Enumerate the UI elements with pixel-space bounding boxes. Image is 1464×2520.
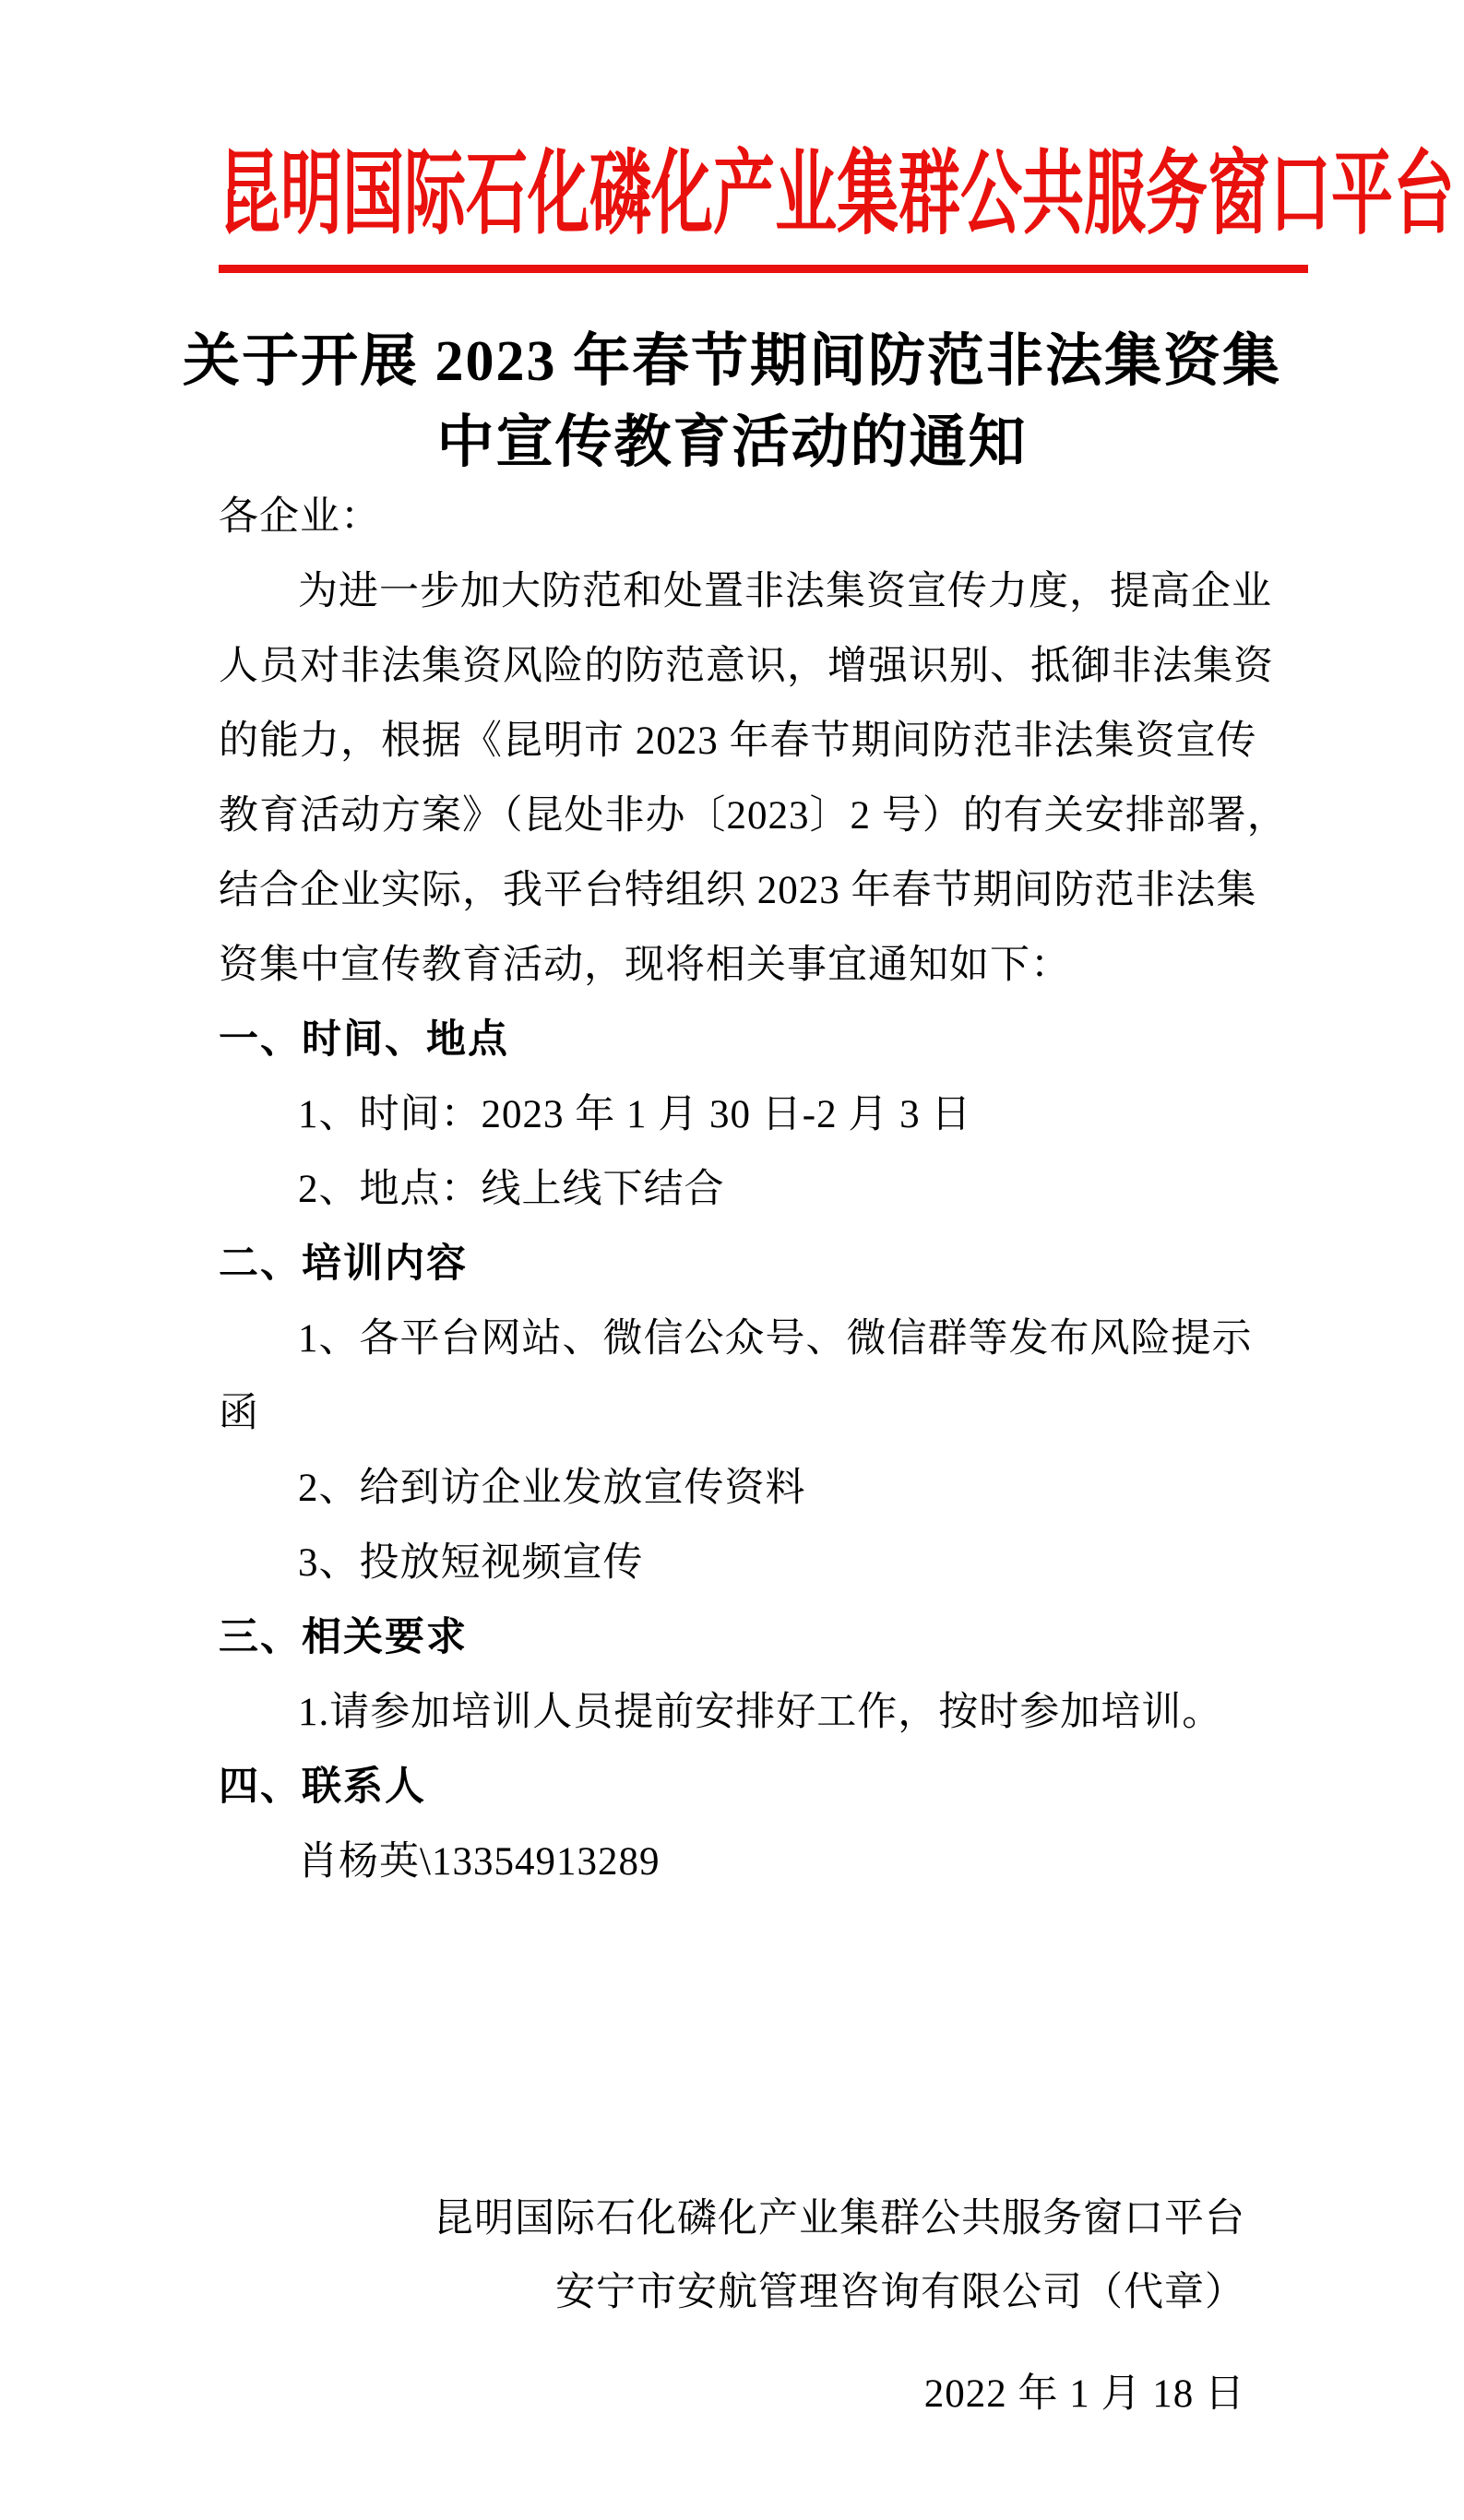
banner-divider-line — [219, 265, 1308, 273]
section-2-item-2: 2、给到访企业发放宣传资料 — [219, 1451, 1261, 1526]
salutation: 各企业： — [219, 480, 1261, 554]
section-2-heading: 二、培训内容 — [219, 1227, 1261, 1302]
para-line: 资集中宣传教育活动，现将相关事宜通知如下： — [219, 928, 1261, 1003]
section-1-item-1: 1、时间：2023 年 1 月 30 日-2 月 3 日 — [219, 1077, 1261, 1152]
document-title-line1: 关于开展 2023 年春节期间防范非法集资集 — [0, 321, 1464, 402]
document-page: 昆明国际石化磷化产业集群公共服务窗口平台 关于开展 2023 年春节期间防范非法… — [0, 0, 1464, 2520]
signature-org-line2: 安宁市安航管理咨询有限公司（代章） — [434, 2256, 1245, 2330]
document-body: 各企业： 为进一步加大防范和处置非法集资宣传力度，提高企业 人员对非法集资风险的… — [219, 480, 1261, 1899]
section-1-heading: 一、时间、地点 — [219, 1003, 1261, 1077]
platform-banner: 昆明国际石化磷化产业集群公共服务窗口平台 — [219, 146, 1289, 249]
platform-banner-title: 昆明国际石化磷化产业集群公共服务窗口平台 — [219, 146, 1289, 244]
section-2-item-1-wrap: 函 — [219, 1376, 1261, 1451]
contact-line: 肖杨英\13354913289 — [219, 1825, 1261, 1899]
document-title: 关于开展 2023 年春节期间防范非法集资集 中宣传教育活动的通知 — [0, 321, 1464, 483]
para-line: 为进一步加大防范和处置非法集资宣传力度，提高企业 — [219, 554, 1261, 629]
section-1-item-2: 2、地点：线上线下结合 — [219, 1152, 1261, 1227]
section-3-heading: 三、相关要求 — [219, 1600, 1261, 1675]
section-3-item-1: 1.请参加培训人员提前安排好工作，按时参加培训。 — [219, 1675, 1261, 1750]
document-title-line2: 中宣传教育活动的通知 — [0, 402, 1464, 483]
para-line: 结合企业实际，我平台特组织 2023 年春节期间防范非法集 — [219, 853, 1261, 928]
section-2-item-1: 1、各平台网站、微信公众号、微信群等发布风险提示 — [219, 1302, 1261, 1376]
signature-block: 昆明国际石化磷化产业集群公共服务窗口平台 安宁市安航管理咨询有限公司（代章） 2… — [434, 2182, 1245, 2431]
signature-date: 2022 年 1 月 18 日 — [434, 2358, 1245, 2431]
section-4-heading: 四、联系人 — [219, 1750, 1261, 1825]
para-line: 人员对非法集资风险的防范意识，增强识别、抵御非法集资 — [219, 629, 1261, 704]
signature-org-line1: 昆明国际石化磷化产业集群公共服务窗口平台 — [434, 2182, 1245, 2256]
para-line: 的能力，根据《昆明市 2023 年春节期间防范非法集资宣传 — [219, 704, 1261, 779]
section-2-item-3: 3、投放短视频宣传 — [219, 1526, 1261, 1600]
para-line: 教育活动方案》（昆处非办〔2023〕2 号）的有关安排部署， — [219, 779, 1261, 853]
